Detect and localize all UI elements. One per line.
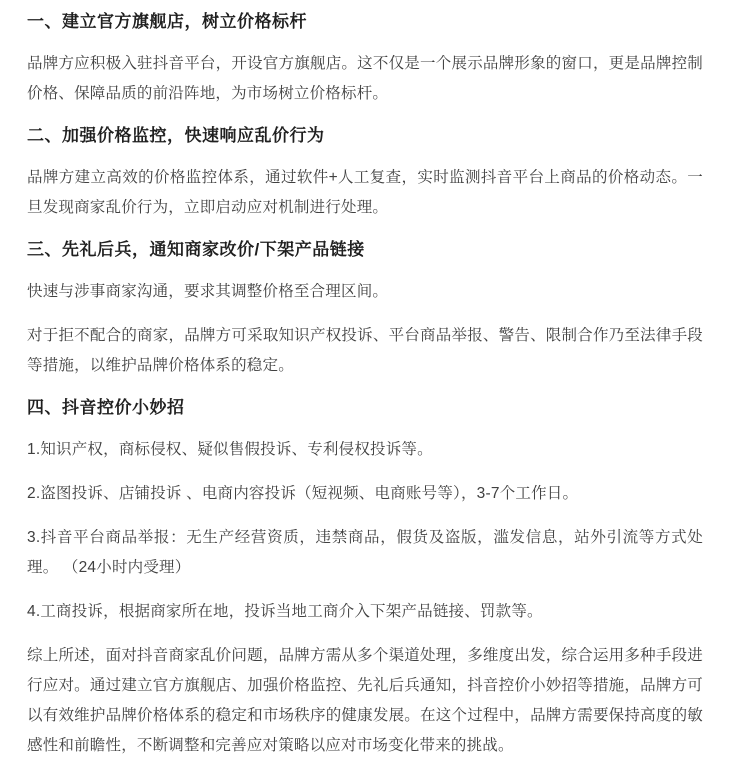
section-price-control-tips: 四、抖音控价小妙招 1.知识产权，商标侵权、疑似售假投诉、专利侵权投诉等。 2.… — [27, 395, 703, 627]
list-item-4: 4.工商投诉，根据商家所在地，投诉当地工商介入下架产品链接、罚款等。 — [27, 597, 703, 627]
conclusion-paragraph: 综上所述，面对抖音商家乱价问题，品牌方需从多个渠道处理，多维度出发，综合运用多种… — [27, 641, 703, 761]
section-heading: 三、先礼后兵，通知商家改价/下架产品链接 — [27, 237, 703, 263]
paragraph: 品牌方建立高效的价格监控体系，通过软件+人工复查，实时监测抖音平台上商品的价格动… — [27, 163, 703, 223]
section-flagship-store: 一、建立官方旗舰店，树立价格标杆 品牌方应积极入驻抖音平台，开设官方旗舰店。这不… — [27, 9, 703, 109]
paragraph: 品牌方应积极入驻抖音平台，开设官方旗舰店。这不仅是一个展示品牌形象的窗口，更是品… — [27, 49, 703, 109]
section-notify-merchants: 三、先礼后兵，通知商家改价/下架产品链接 快速与涉事商家沟通，要求其调整价格至合… — [27, 237, 703, 381]
list-item-3: 3.抖音平台商品举报：无生产经营资质，违禁商品，假货及盗版，滥发信息，站外引流等… — [27, 523, 703, 583]
section-heading: 二、加强价格监控，快速响应乱价行为 — [27, 123, 703, 149]
section-heading: 一、建立官方旗舰店，树立价格标杆 — [27, 9, 703, 35]
list-item-2: 2.盗图投诉、店铺投诉 、电商内容投诉（短视频、电商账号等），3-7个工作日。 — [27, 479, 703, 509]
section-price-monitoring: 二、加强价格监控，快速响应乱价行为 品牌方建立高效的价格监控体系，通过软件+人工… — [27, 123, 703, 223]
paragraph: 快速与涉事商家沟通，要求其调整价格至合理区间。 — [27, 277, 703, 307]
paragraph: 对于拒不配合的商家，品牌方可采取知识产权投诉、平台商品举报、警告、限制合作乃至法… — [27, 321, 703, 381]
list-item-1: 1.知识产权，商标侵权、疑似售假投诉、专利侵权投诉等。 — [27, 435, 703, 465]
section-heading: 四、抖音控价小妙招 — [27, 395, 703, 421]
article: 一、建立官方旗舰店，树立价格标杆 品牌方应积极入驻抖音平台，开设官方旗舰店。这不… — [27, 9, 703, 761]
